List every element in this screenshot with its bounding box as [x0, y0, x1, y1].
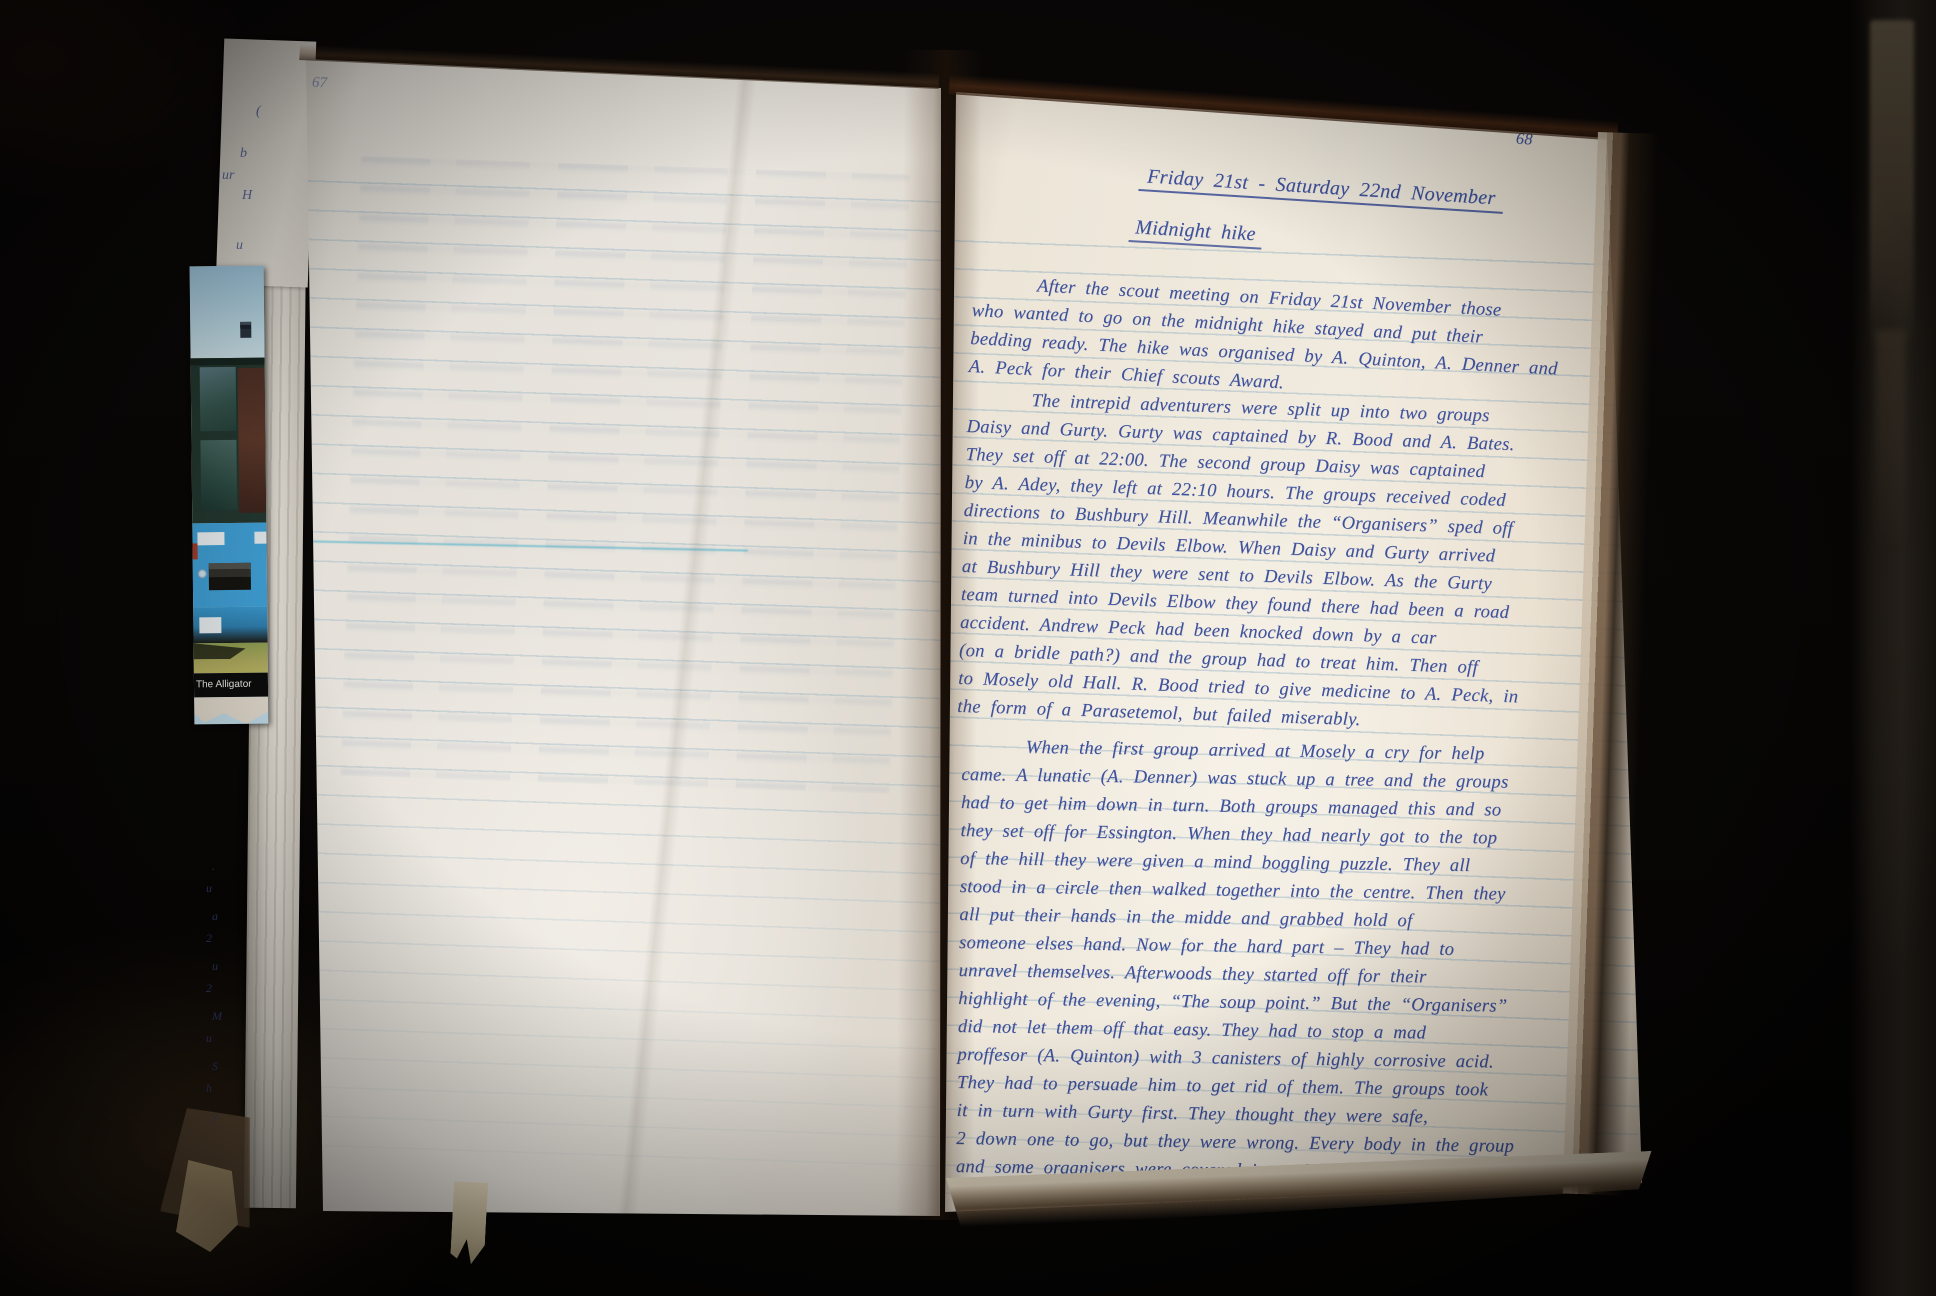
bus-card-grass [194, 643, 268, 674]
photo-of-open-notebook: The Alligator (burHu .ua2u2MuShy 67 68 F… [0, 0, 1936, 1296]
edge-letter-fragment: b [240, 146, 261, 162]
torn-page-corner [150, 1108, 260, 1268]
bus-lower-glass [200, 440, 237, 510]
bus-lower-plate [199, 617, 221, 633]
edge-letter-fragment: S [212, 1059, 222, 1074]
edge-letter-fragment: 2 [206, 931, 222, 946]
edge-letter-column-bottom: .ua2u2MuShy [200, 846, 222, 1124]
edge-letter-column-top: (burHu [228, 104, 261, 254]
inserted-bus-photo-card: The Alligator [190, 266, 269, 725]
bus-lower-panel [193, 607, 267, 644]
edge-letter-fragment: M [212, 1009, 222, 1024]
bus-front-panel [192, 523, 267, 608]
bus-headlight [198, 569, 207, 578]
left-page-number: 67 [312, 75, 328, 93]
edge-letter-fragment: ur [222, 168, 261, 184]
bus-shadow [194, 643, 246, 660]
bus-card-sky [190, 266, 265, 359]
edge-letter-fragment: H [242, 188, 261, 204]
bus-side-plate [254, 532, 266, 544]
left-notebook-page: 67 [280, 45, 950, 1225]
bus-card-torn-edge [194, 697, 268, 725]
date-header: Friday 21st - Saturday 22nd November [1138, 165, 1504, 214]
bus-red-detail [193, 543, 198, 559]
page-crease [280, 45, 950, 1225]
background-right-highlight [1870, 20, 1914, 350]
handwritten-paragraph-2: The intrepid adventurers were split up i… [957, 385, 1528, 739]
edge-letter-fragment: u [212, 959, 222, 974]
edge-letter-fragment: ( [256, 104, 261, 120]
bus-windscreen [191, 358, 267, 524]
bus-upper-glass [200, 367, 237, 431]
edge-letter-fragment: u [206, 1031, 222, 1046]
right-notebook-page: 68 Friday 21st - Saturday 22nd November … [938, 85, 1658, 1225]
bus-interior [238, 368, 267, 513]
edge-letter-fragment: u [236, 238, 261, 254]
bookmark-ribbon [450, 1181, 488, 1265]
edge-letter-fragment: h [206, 1081, 222, 1096]
bus-roof-rail [191, 358, 265, 366]
handwritten-paragraph-3: When the first group arrived at Mosely a… [955, 733, 1522, 1217]
edge-letter-fragment: u [206, 881, 222, 896]
background-right-highlight-lower [1876, 330, 1906, 550]
bus-card-caption: The Alligator [194, 673, 268, 698]
edge-letter-fragment: . [212, 859, 222, 874]
bus-number-plate [197, 532, 224, 545]
bus-grille [209, 563, 251, 590]
edge-letter-fragment: a [212, 909, 222, 924]
edge-letter-fragment: 2 [206, 981, 222, 996]
edge-letter-fragment: y [212, 1109, 222, 1124]
bus-card-destination-sign [240, 322, 251, 338]
